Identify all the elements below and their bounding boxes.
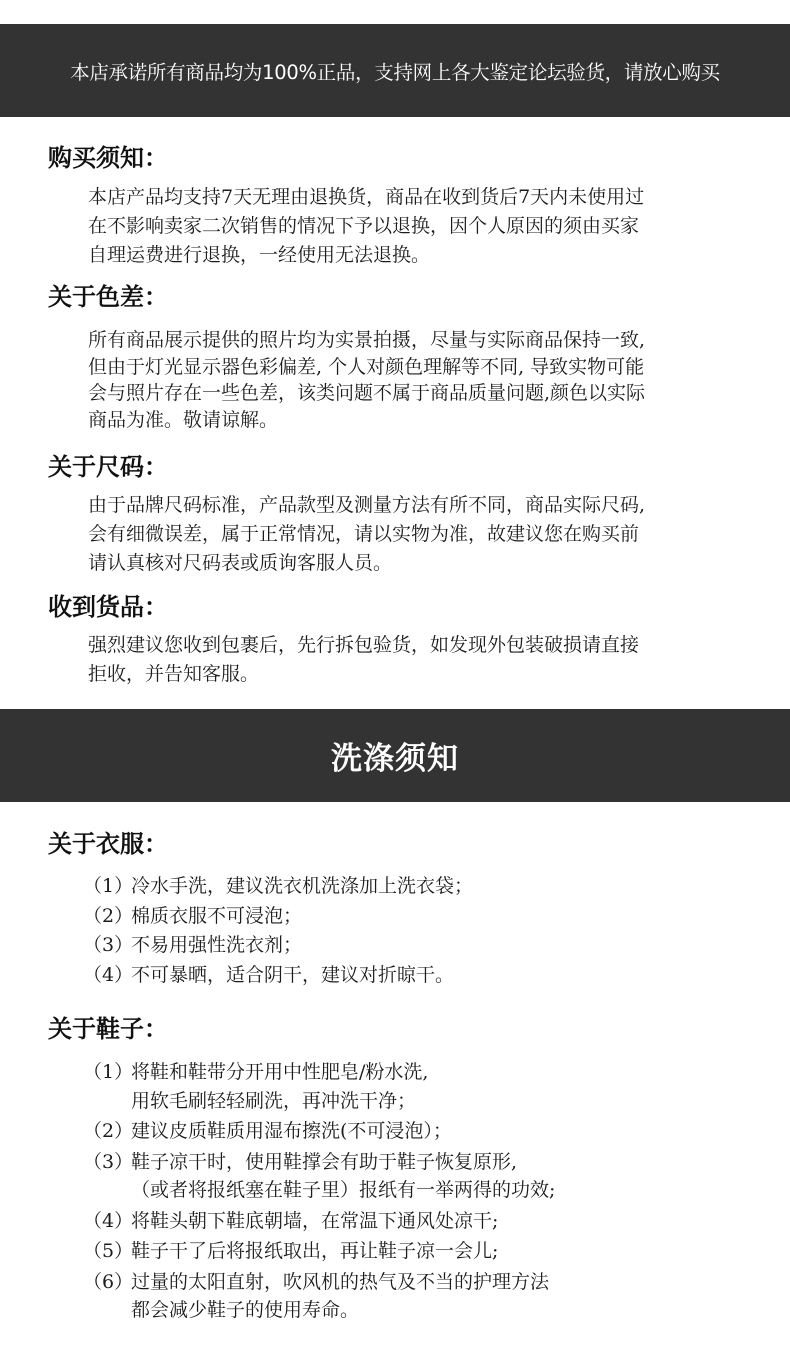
purchase-notice-body: 本店产品均支持7天无理由退换货，商品在收到货后7天内未使用过 在不影响卖家二次销… (88, 183, 748, 270)
authenticity-banner: 本店承诺所有商品均为100%正品，支持网上各大鉴定论坛验货，请放心购买 (0, 24, 790, 117)
shoe-care-list: （1） 将鞋和鞋带分开用中性肥皂/粉水洗, 用软毛刷轻轻刷洗，再冲洗干净； （2… (83, 1058, 555, 1325)
text-line: 在不影响卖家二次销售的情况下予以退换，因个人原因的须由买家 (88, 212, 748, 241)
item-number: （1） (83, 1058, 131, 1115)
item-text: 都会减少鞋子的使用寿命。 (131, 1296, 549, 1325)
text-line: 请认真核对尺码表或质询客服人员。 (88, 549, 748, 578)
authenticity-banner-text: 本店承诺所有商品均为100%正品，支持网上各大鉴定论坛验货，请放心购买 (70, 57, 720, 85)
washing-instructions-banner: 洗涤须知 (0, 709, 790, 802)
receiving-goods-body: 强烈建议您收到包裹后，先行拆包验货，如发现外包装破损请直接 拒收，并告知客服。 (88, 631, 748, 689)
list-item: （4） 将鞋头朝下鞋底朝墙，在常温下通风处凉干; (83, 1207, 555, 1236)
item-text: 鞋子凉干时，使用鞋撑会有助于鞋子恢复原形, (131, 1148, 555, 1177)
item-text: 鞋子干了后将报纸取出，再让鞋子凉一会儿; (131, 1237, 498, 1266)
list-item: （5） 鞋子干了后将报纸取出，再让鞋子凉一会儿; (83, 1237, 555, 1266)
item-text: 不易用强性洗衣剂； (131, 931, 302, 961)
item-number: （2） (83, 902, 131, 932)
list-item: （3） 鞋子凉干时，使用鞋撑会有助于鞋子恢复原形, （或者将报纸塞在鞋子里）报纸… (83, 1148, 555, 1205)
item-text: 将鞋头朝下鞋底朝墙，在常温下通风处凉干; (131, 1207, 498, 1236)
item-text: 过量的太阳直射，吹风机的热气及不当的护理方法 (131, 1268, 549, 1297)
item-text: 将鞋和鞋带分开用中性肥皂/粉水洗, (131, 1058, 428, 1087)
text-line: 商品为准。敬请谅解。 (88, 407, 748, 434)
text-line: 本店产品均支持7天无理由退换货，商品在收到货后7天内未使用过 (88, 183, 748, 212)
text-line: 自理运费进行退换，一经使用无法退换。 (88, 241, 748, 270)
heading-receiving-goods: 收到货品： (48, 593, 168, 621)
heading-color-difference: 关于色差： (48, 283, 168, 311)
text-line: 所有商品展示提供的照片均为实景拍摄，尽量与实际商品保持一致, (88, 327, 748, 354)
text-line: 由于品牌尺码标准，产品款型及测量方法有所不同，商品实际尺码, (88, 491, 748, 520)
item-number: （4） (83, 1207, 131, 1236)
list-item: （2） 棉质衣服不可浸泡； (83, 902, 473, 932)
heading-clothes: 关于衣服： (48, 830, 168, 858)
list-item: （3） 不易用强性洗衣剂； (83, 931, 473, 961)
item-number: （3） (83, 931, 131, 961)
item-text: 用软毛刷轻轻刷洗，再冲洗干净； (131, 1087, 428, 1116)
text-line: 会有细微误差，属于正常情况，请以实物为准，故建议您在购买前 (88, 520, 748, 549)
item-text: （或者将报纸塞在鞋子里）报纸有一举两得的功效; (131, 1176, 555, 1205)
list-item: （2） 建议皮质鞋质用湿布擦洗(不可浸泡）； (83, 1117, 555, 1146)
text-line: 会与照片存在一些色差，该类问题不属于商品质量问题,颜色以实际 (88, 380, 748, 407)
item-text: 不可暴晒，适合阴干，建议对折晾干。 (131, 961, 454, 991)
item-number: （4） (83, 961, 131, 991)
list-item: （6） 过量的太阳直射，吹风机的热气及不当的护理方法 都会减少鞋子的使用寿命。 (83, 1268, 555, 1325)
list-item: （1） 将鞋和鞋带分开用中性肥皂/粉水洗, 用软毛刷轻轻刷洗，再冲洗干净； (83, 1058, 555, 1115)
clothes-care-list: （1） 冷水手洗，建议洗衣机洗涤加上洗衣袋； （2） 棉质衣服不可浸泡； （3）… (83, 872, 473, 990)
heading-size: 关于尺码： (48, 453, 168, 481)
item-number: （5） (83, 1237, 131, 1266)
item-number: （1） (83, 872, 131, 902)
item-number: （2） (83, 1117, 131, 1146)
text-line: 但由于灯光显示器色彩偏差, 个人对颜色理解等不同, 导致实物可能 (88, 354, 748, 381)
heading-purchase-notice: 购买须知： (48, 144, 168, 172)
item-text: 建议皮质鞋质用湿布擦洗(不可浸泡）； (131, 1117, 452, 1146)
washing-instructions-title: 洗涤须知 (331, 733, 459, 778)
heading-shoes: 关于鞋子： (48, 1015, 168, 1043)
list-item: （4） 不可暴晒，适合阴干，建议对折晾干。 (83, 961, 473, 991)
text-line: 强烈建议您收到包裹后，先行拆包验货，如发现外包装破损请直接 (88, 631, 748, 660)
text-line: 拒收，并告知客服。 (88, 660, 748, 689)
size-body: 由于品牌尺码标准，产品款型及测量方法有所不同，商品实际尺码, 会有细微误差，属于… (88, 491, 748, 578)
list-item: （1） 冷水手洗，建议洗衣机洗涤加上洗衣袋； (83, 872, 473, 902)
item-text: 冷水手洗，建议洗衣机洗涤加上洗衣袋； (131, 872, 473, 902)
item-number: （3） (83, 1148, 131, 1205)
item-number: （6） (83, 1268, 131, 1325)
item-text: 棉质衣服不可浸泡； (131, 902, 302, 932)
color-difference-body: 所有商品展示提供的照片均为实景拍摄，尽量与实际商品保持一致, 但由于灯光显示器色… (88, 327, 748, 433)
